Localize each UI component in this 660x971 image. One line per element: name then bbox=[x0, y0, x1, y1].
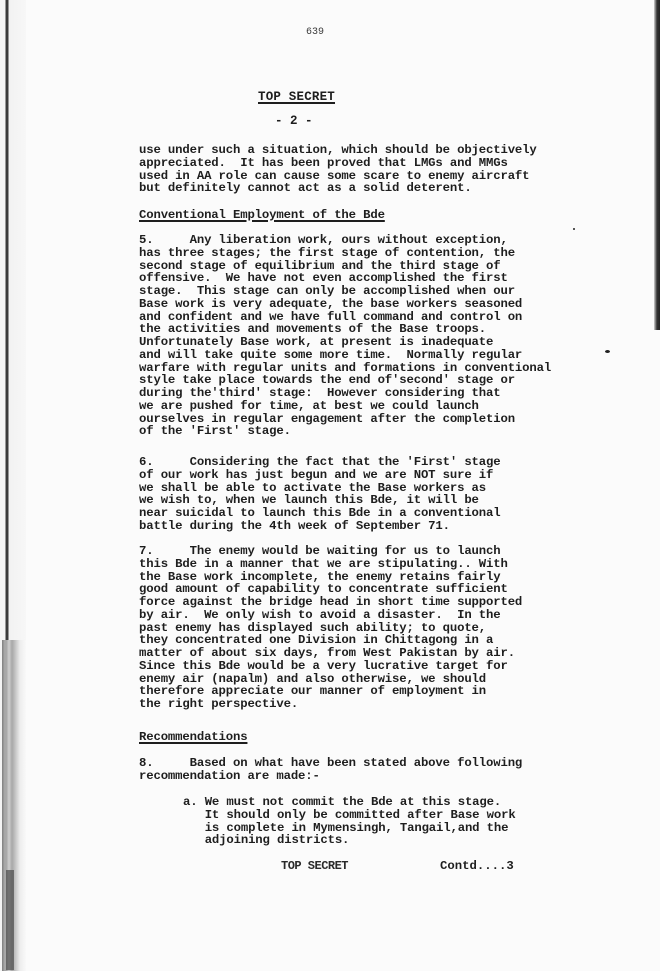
text-line: 5. Any liberation work, ours without exc… bbox=[139, 234, 551, 247]
intro-paragraph: use under such a situation, which should… bbox=[139, 144, 537, 195]
binding-edge-left bbox=[0, 0, 26, 971]
text-line: we are pushed for time, at best we could… bbox=[139, 400, 551, 413]
text-line: this Bde in a manner that we are stipula… bbox=[139, 558, 522, 571]
paragraph-7: 7. The enemy would be waiting for us to … bbox=[139, 545, 522, 711]
text-line: Unfortunately Base work, at present is i… bbox=[139, 336, 551, 349]
text-line: Since this Bde would be a very lucrative… bbox=[139, 660, 522, 673]
continued-marker: Contd....3 bbox=[440, 859, 514, 873]
text-line: 8. Based on what have been stated above … bbox=[139, 757, 522, 770]
paragraph-6: 6. Considering the fact that the 'First'… bbox=[139, 456, 500, 533]
stamp-number: 639 bbox=[306, 27, 324, 38]
text-line: use under such a situation, which should… bbox=[139, 144, 537, 157]
text-line: but definitely cannot act as a solid det… bbox=[139, 182, 537, 195]
recommendation-item-a: a. We must not commit the Bde at this st… bbox=[183, 796, 516, 847]
text-line: appreciated. It has been proved that LMG… bbox=[139, 157, 537, 170]
text-line: matter of about six days, from West Paki… bbox=[139, 647, 522, 660]
text-line: the right perspective. bbox=[139, 698, 522, 711]
paragraph-5: 5. Any liberation work, ours without exc… bbox=[139, 234, 551, 438]
text-line: during the'third' stage: However conside… bbox=[139, 387, 551, 400]
text-line: by air. We only wish to avoid a disaster… bbox=[139, 609, 522, 622]
text-line: force against the bridge head in short t… bbox=[139, 596, 522, 609]
text-line: battle during the 4th week of September … bbox=[139, 520, 500, 533]
text-line: of our work has just begun and we are NO… bbox=[139, 469, 500, 482]
text-line: 7. The enemy would be waiting for us to … bbox=[139, 545, 522, 558]
text-line: a. We must not commit the Bde at this st… bbox=[183, 796, 516, 809]
binding-wear-dark bbox=[6, 870, 14, 970]
text-line: It should only be committed after Base w… bbox=[183, 809, 516, 822]
text-line: and will take quite some more time. Norm… bbox=[139, 349, 551, 362]
ink-speck bbox=[605, 350, 610, 353]
text-line: adjoining districts. bbox=[183, 834, 516, 847]
text-line: has three stages; the first stage of con… bbox=[139, 247, 551, 260]
text-line: of the 'First' stage. bbox=[139, 425, 551, 438]
text-line: 6. Considering the fact that the 'First'… bbox=[139, 456, 500, 469]
ink-speck bbox=[573, 228, 575, 230]
text-line: stage. This stage can only be accomplish… bbox=[139, 285, 551, 298]
section-heading-conventional: Conventional Employment of the Bde bbox=[139, 208, 385, 222]
classification-header: TOP SECRET bbox=[258, 90, 335, 104]
classification-footer: TOP SECRET bbox=[281, 859, 348, 873]
text-line: Base work is very adequate, the base wor… bbox=[139, 298, 551, 311]
section-heading-recommendations: Recommendations bbox=[139, 730, 247, 744]
binding-edge-right bbox=[654, 0, 660, 330]
text-line: near suicidal to launch this Bde in a co… bbox=[139, 507, 500, 520]
document-page: 639 TOP SECRET - 2 - use under such a si… bbox=[0, 0, 660, 971]
text-line: recommendation are made:- bbox=[139, 770, 522, 783]
page-number: - 2 - bbox=[275, 114, 313, 128]
paragraph-8: 8. Based on what have been stated above … bbox=[139, 757, 522, 783]
